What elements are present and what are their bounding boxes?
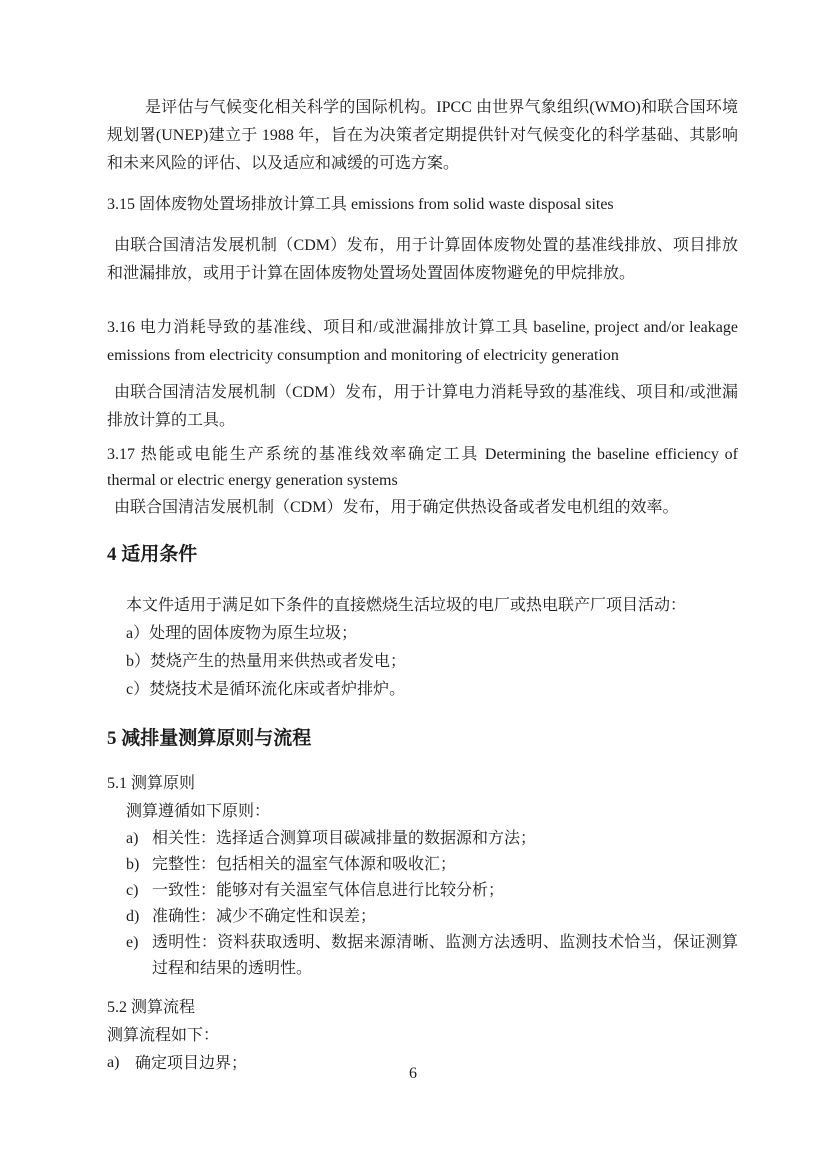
document-page: 是评估与气候变化相关科学的国际机构。IPCC 由世界气象组织(WMO)和联合国环…: [0, 0, 826, 1169]
term-3-16-body: 由联合国清洁发展机制（CDM）发布，用于计算电力消耗导致的基准线、项目和/或泄漏…: [107, 379, 738, 435]
page-number: 6: [0, 1060, 826, 1088]
section-4-intro: 本文件适用于满足如下条件的直接燃烧生活垃圾的电厂或热电联产厂项目活动：: [126, 592, 738, 620]
section-4-heading: 4 适用条件: [107, 540, 738, 570]
section-5-2-intro: 测算流程如下：: [107, 1022, 738, 1050]
section-5-heading: 5 减排量测算原则与流程: [107, 724, 738, 754]
section-5-1-intro: 测算遵循如下原则：: [126, 798, 738, 826]
page-content: 是评估与气候变化相关科学的国际机构。IPCC 由世界气象组织(WMO)和联合国环…: [0, 0, 826, 1078]
term-3-15-body: 由联合国清洁发展机制（CDM）发布，用于计算固体废物处置的基准线排放、项目排放和…: [107, 232, 738, 288]
list-item-text: 一致性：能够对有关温室气体信息进行比较分析；: [152, 878, 738, 904]
section-5-1-block: 测算遵循如下原则： a) 相关性：选择适合测算项目碳减排量的数据源和方法； b)…: [107, 798, 738, 982]
list-item: a) 相关性：选择适合测算项目碳减排量的数据源和方法；: [126, 826, 738, 852]
list-item-text: 相关性：选择适合测算项目碳减排量的数据源和方法；: [152, 826, 738, 852]
term-3-16-title: 3.16 电力消耗导致的基准线、项目和/或泄漏排放计算工具 baseline, …: [107, 314, 738, 370]
list-item-marker: e): [126, 930, 152, 982]
term-3-15-title: 3.15 固体废物处置场排放计算工具 emissions from solid …: [107, 191, 738, 219]
list-item: e) 透明性：资料获取透明、数据来源清晰、监测方法透明、监测技术恰当，保证测算过…: [126, 930, 738, 982]
list-item: b) 完整性：包括相关的温室气体源和吸收汇；: [126, 852, 738, 878]
section-4-item-c: c）焚烧技术是循环流化床或者炉排炉。: [126, 676, 738, 704]
section-4-item-b: b）焚烧产生的热量用来供热或者发电；: [126, 648, 738, 676]
list-item: c) 一致性：能够对有关温室气体信息进行比较分析；: [126, 878, 738, 904]
section-5-1-heading: 5.1 测算原则: [107, 770, 738, 798]
list-item: d) 准确性：减少不确定性和误差；: [126, 904, 738, 930]
principles-list: a) 相关性：选择适合测算项目碳减排量的数据源和方法； b) 完整性：包括相关的…: [126, 826, 738, 982]
section-4-block: 本文件适用于满足如下条件的直接燃烧生活垃圾的电厂或热电联产厂项目活动： a）处理…: [107, 592, 738, 704]
list-item-text: 完整性：包括相关的温室气体源和吸收汇；: [152, 852, 738, 878]
list-item-marker: a): [126, 826, 152, 852]
list-item-text: 透明性：资料获取透明、数据来源清晰、监测方法透明、监测技术恰当，保证测算过程和结…: [152, 930, 738, 982]
term-3-17-body: 由联合国清洁发展机制（CDM）发布，用于确定供热设备或者发电机组的效率。: [107, 494, 738, 522]
section-4-item-a: a）处理的固体废物为原生垃圾；: [126, 620, 738, 648]
list-item-marker: c): [126, 878, 152, 904]
list-item-text: 准确性：减少不确定性和误差；: [152, 904, 738, 930]
section-5-2-heading: 5.2 测算流程: [107, 994, 738, 1022]
ipcc-definition-paragraph: 是评估与气候变化相关科学的国际机构。IPCC 由世界气象组织(WMO)和联合国环…: [107, 94, 738, 178]
list-item-marker: b): [126, 852, 152, 878]
term-3-17-title: 3.17 热能或电能生产系统的基准线效率确定工具 Determining the…: [107, 442, 738, 494]
list-item-marker: d): [126, 904, 152, 930]
